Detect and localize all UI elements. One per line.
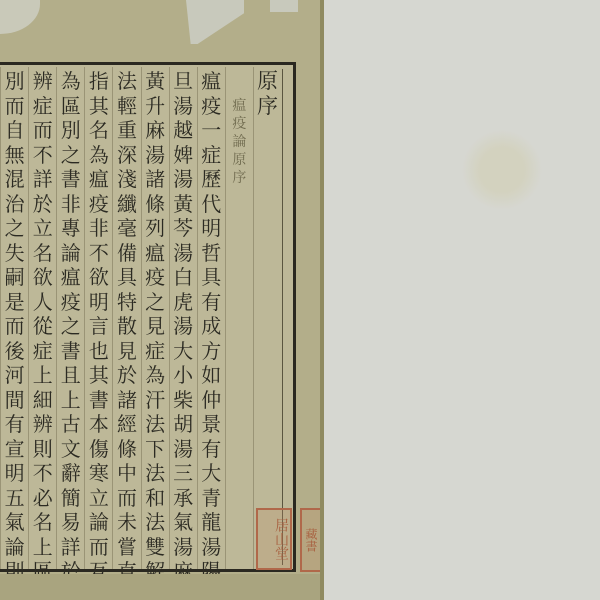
glyph: 芩 — [173, 216, 193, 241]
glyph: 詳 — [61, 535, 81, 560]
glyph: 自 — [5, 118, 25, 143]
glyph: 非 — [89, 216, 109, 241]
glyph: 諸 — [117, 388, 137, 413]
bottom-margin — [0, 574, 320, 600]
glyph: 湯 — [173, 437, 193, 462]
glyph: 書 — [61, 339, 81, 364]
text-column: 瘟疫一症歷代明哲具有成方如仲景有大青龍湯陽 — [197, 67, 225, 569]
glyph: 瘟 — [232, 97, 246, 115]
glyph: 疫 — [145, 265, 165, 290]
glyph: 序 — [232, 169, 246, 187]
glyph: 欲 — [33, 265, 53, 290]
glyph: 細 — [33, 388, 53, 413]
glyph: 和 — [145, 486, 165, 511]
glyph: 上 — [33, 363, 53, 388]
glyph: 易 — [61, 510, 81, 535]
glyph: 嘗 — [117, 535, 137, 560]
glyph: 龍 — [201, 510, 221, 535]
glyph: 汗 — [145, 388, 165, 413]
glyph: 名 — [89, 118, 109, 143]
red-seal-stamp-secondary: 藏書 — [300, 508, 320, 572]
glyph: 詳 — [33, 167, 53, 192]
glyph: 專 — [61, 216, 81, 241]
glyph: 毫 — [117, 216, 137, 241]
glyph: 之 — [145, 290, 165, 315]
text-column: 辨症而不詳於立名欲人從症上細辨則不必名上區 — [28, 67, 56, 569]
glyph: 有 — [5, 412, 25, 437]
text-column: 別而自無混治之失嗣是而後河間有宣明五氣論則 — [0, 67, 28, 569]
glyph: 有 — [201, 437, 221, 462]
glyph: 書 — [61, 167, 81, 192]
text-columns: 原序 瘟疫論原序 瘟疫一症歷代明哲具有成方如仲景有大青龍湯陽 旦湯越婢湯黃芩湯白… — [0, 67, 281, 569]
glyph: 深 — [117, 143, 137, 168]
glyph: 湯 — [173, 167, 193, 192]
glyph: 為 — [61, 69, 81, 94]
glyph: 本 — [89, 412, 109, 437]
glyph: 瘟 — [89, 167, 109, 192]
glyph: 上 — [33, 535, 53, 560]
glyph: 間 — [5, 388, 25, 413]
glyph: 之 — [5, 216, 25, 241]
glyph: 方 — [201, 339, 221, 364]
glyph: 婢 — [173, 143, 193, 168]
glyph: 立 — [33, 216, 53, 241]
glyph: 下 — [145, 437, 165, 462]
glyph: 論 — [5, 535, 25, 560]
glyph: 三 — [173, 461, 193, 486]
glyph: 立 — [89, 486, 109, 511]
glyph: 具 — [201, 265, 221, 290]
glyph: 大 — [173, 339, 193, 364]
glyph: 升 — [145, 94, 165, 119]
glyph: 胡 — [173, 412, 193, 437]
preface-title: 原序 — [253, 67, 281, 569]
blank-facing-page — [322, 0, 600, 600]
glyph: 具 — [117, 265, 137, 290]
glyph: 見 — [145, 314, 165, 339]
glyph: 是 — [5, 290, 25, 315]
glyph: 症 — [145, 339, 165, 364]
glyph: 症 — [33, 94, 53, 119]
glyph: 青 — [201, 486, 221, 511]
glyph: 也 — [89, 339, 109, 364]
preface-subtitle: 瘟疫論原序 — [225, 67, 253, 569]
glyph: 為 — [89, 143, 109, 168]
glyph: 一 — [201, 118, 221, 143]
glyph: 特 — [117, 290, 137, 315]
glyph: 其 — [89, 94, 109, 119]
glyph: 無 — [5, 143, 25, 168]
text-column: 旦湯越婢湯黃芩湯白虎湯大小柴胡湯三承氣湯麻 — [169, 67, 197, 569]
glyph: 哲 — [201, 241, 221, 266]
glyph: 河 — [5, 363, 25, 388]
glyph: 論 — [89, 510, 109, 535]
red-seal-stamp: 居山堂 — [256, 508, 292, 570]
glyph: 法 — [145, 510, 165, 535]
glyph: 指 — [89, 69, 109, 94]
glyph: 簡 — [61, 486, 81, 511]
glyph: 成 — [201, 314, 221, 339]
book-page: 原序 瘟疫論原序 瘟疫一症歷代明哲具有成方如仲景有大青龍湯陽 旦湯越婢湯黃芩湯白… — [0, 0, 320, 600]
glyph: 別 — [61, 118, 81, 143]
glyph: 法 — [145, 412, 165, 437]
glyph: 疫 — [61, 290, 81, 315]
glyph: 瘟 — [145, 241, 165, 266]
glyph: 條 — [145, 192, 165, 217]
glyph: 湯 — [173, 241, 193, 266]
glyph: 而 — [33, 118, 53, 143]
glyph: 代 — [201, 192, 221, 217]
glyph: 氣 — [173, 510, 193, 535]
glyph: 湯 — [173, 314, 193, 339]
glyph: 治 — [5, 192, 25, 217]
glyph: 辨 — [33, 412, 53, 437]
glyph: 如 — [201, 363, 221, 388]
glyph: 旦 — [173, 69, 193, 94]
glyph: 混 — [5, 167, 25, 192]
glyph: 宣 — [5, 437, 25, 462]
glyph: 黃 — [173, 192, 193, 217]
glyph: 欲 — [89, 265, 109, 290]
text-column: 黃升麻湯諸條列瘟疫之見症為汗法下法和法雙解 — [141, 67, 169, 569]
glyph: 上 — [61, 388, 81, 413]
glyph: 而 — [89, 535, 109, 560]
glyph: 大 — [201, 461, 221, 486]
glyph: 其 — [89, 363, 109, 388]
glyph: 湯 — [201, 535, 221, 560]
glyph: 仲 — [201, 388, 221, 413]
glyph: 疫 — [232, 115, 246, 133]
glyph: 景 — [201, 412, 221, 437]
glyph: 不 — [89, 241, 109, 266]
glyph: 論 — [61, 241, 81, 266]
torn-top-margin — [0, 0, 320, 62]
glyph: 為 — [145, 363, 165, 388]
glyph: 於 — [117, 363, 137, 388]
glyph: 虎 — [173, 290, 193, 315]
glyph: 小 — [173, 363, 193, 388]
glyph: 傷 — [89, 437, 109, 462]
glyph: 見 — [117, 339, 137, 364]
glyph: 序 — [257, 94, 278, 119]
glyph: 明 — [201, 216, 221, 241]
glyph: 越 — [173, 118, 193, 143]
glyph: 明 — [89, 290, 109, 315]
glyph: 則 — [33, 437, 53, 462]
glyph: 於 — [33, 192, 53, 217]
glyph: 瘟 — [201, 69, 221, 94]
glyph: 白 — [173, 265, 193, 290]
glyph: 症 — [201, 143, 221, 168]
glyph: 重 — [117, 118, 137, 143]
glyph: 法 — [145, 461, 165, 486]
glyph: 區 — [61, 94, 81, 119]
glyph: 古 — [61, 412, 81, 437]
glyph: 論 — [232, 133, 246, 151]
glyph: 諸 — [145, 167, 165, 192]
glyph: 後 — [5, 339, 25, 364]
glyph: 辨 — [33, 69, 53, 94]
glyph: 原 — [232, 151, 246, 169]
glyph: 瘟 — [61, 265, 81, 290]
glyph: 嗣 — [5, 265, 25, 290]
glyph: 不 — [33, 143, 53, 168]
glyph: 之 — [61, 314, 81, 339]
glyph: 麻 — [145, 118, 165, 143]
glyph: 黃 — [145, 69, 165, 94]
glyph: 湯 — [145, 143, 165, 168]
glyph: 歷 — [201, 167, 221, 192]
glyph: 而 — [5, 314, 25, 339]
glyph: 名 — [33, 510, 53, 535]
glyph: 五 — [5, 486, 25, 511]
glyph: 且 — [61, 363, 81, 388]
glyph: 氣 — [5, 510, 25, 535]
glyph: 文 — [61, 437, 81, 462]
glyph: 中 — [117, 461, 137, 486]
text-column: 為區別之書非專論瘟疫之書且上古文辭簡易詳於 — [56, 67, 84, 569]
glyph: 症 — [33, 339, 53, 364]
glyph: 別 — [5, 69, 25, 94]
glyph: 輕 — [117, 94, 137, 119]
glyph: 寒 — [89, 461, 109, 486]
glyph: 未 — [117, 510, 137, 535]
glyph: 書 — [89, 388, 109, 413]
text-column: 指其名為瘟疫非不欲明言也其書本傷寒立論而互 — [84, 67, 112, 569]
glyph: 柴 — [173, 388, 193, 413]
glyph: 明 — [5, 461, 25, 486]
glyph: 原 — [257, 69, 278, 94]
glyph: 散 — [117, 314, 137, 339]
glyph: 失 — [5, 241, 25, 266]
text-column: 法輕重深淺纖毫備具特散見於諸經條中而未嘗直 — [112, 67, 140, 569]
glyph: 名 — [33, 241, 53, 266]
glyph: 而 — [117, 486, 137, 511]
glyph: 湯 — [173, 535, 193, 560]
glyph: 之 — [61, 143, 81, 168]
glyph: 不 — [33, 461, 53, 486]
glyph: 湯 — [173, 94, 193, 119]
glyph: 備 — [117, 241, 137, 266]
glyph: 疫 — [89, 192, 109, 217]
glyph: 雙 — [145, 535, 165, 560]
glyph: 疫 — [201, 94, 221, 119]
glyph: 必 — [33, 486, 53, 511]
glyph: 言 — [89, 314, 109, 339]
glyph: 纖 — [117, 192, 137, 217]
glyph: 列 — [145, 216, 165, 241]
glyph: 條 — [117, 437, 137, 462]
glyph: 從 — [33, 314, 53, 339]
text-frame: 原序 瘟疫論原序 瘟疫一症歷代明哲具有成方如仲景有大青龍湯陽 旦湯越婢湯黃芩湯白… — [0, 62, 296, 572]
glyph: 而 — [5, 94, 25, 119]
glyph: 淺 — [117, 167, 137, 192]
glyph: 有 — [201, 290, 221, 315]
glyph: 經 — [117, 412, 137, 437]
glyph: 辭 — [61, 461, 81, 486]
glyph: 承 — [173, 486, 193, 511]
glyph: 非 — [61, 192, 81, 217]
glyph: 人 — [33, 290, 53, 315]
glyph: 法 — [117, 69, 137, 94]
